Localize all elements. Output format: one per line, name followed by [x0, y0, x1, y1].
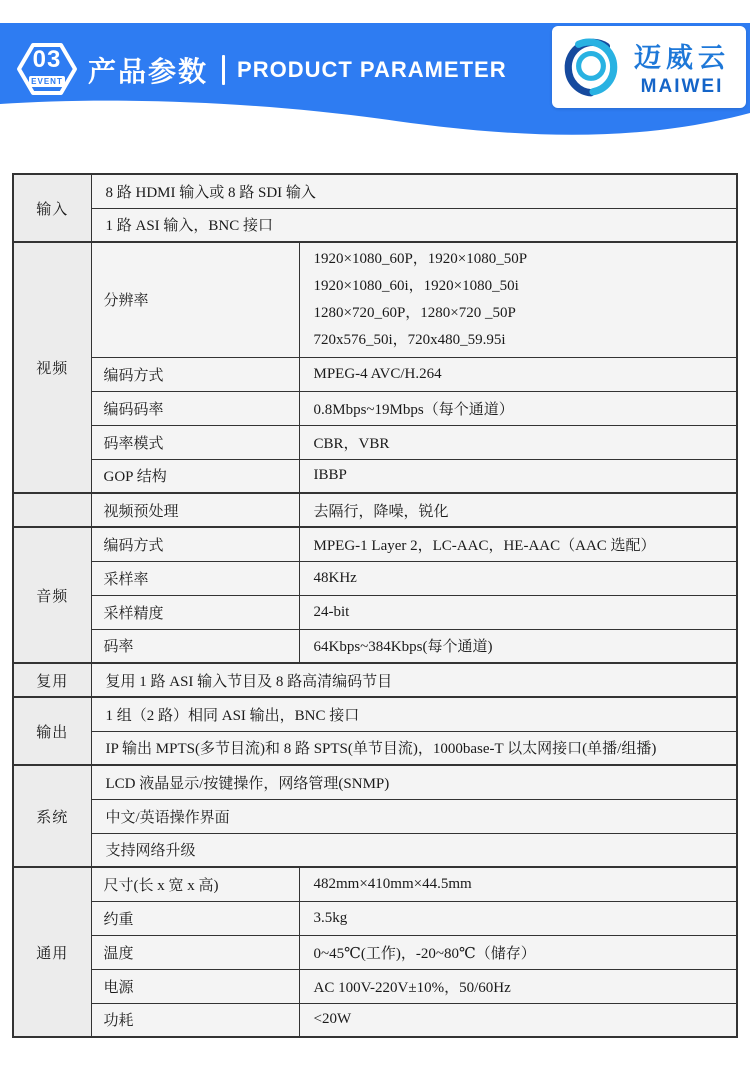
- spec-row: 支持网络升级: [13, 833, 737, 867]
- spec-group-cell: 通用: [13, 867, 91, 1037]
- spec-label-cell: 尺寸(长 x 宽 x 高): [91, 867, 299, 901]
- spec-row: 输出1 组（2 路）相同 ASI 输出，BNC 接口: [13, 697, 737, 731]
- spec-value-cell: IP 输出 MPTS(多节目流)和 8 路 SPTS(单节目流)，1000bas…: [91, 731, 737, 765]
- spec-row: 中文/英语操作界面: [13, 799, 737, 833]
- spec-value-cell: CBR，VBR: [299, 425, 737, 459]
- spec-label-cell: 电源: [91, 969, 299, 1003]
- badge-number: 03: [16, 46, 78, 74]
- spec-value-line: 1920×1080_60i，1920×1080_50i: [314, 273, 737, 300]
- spec-value-cell: 482mm×410mm×44.5mm: [299, 867, 737, 901]
- spec-row: 功耗<20W: [13, 1003, 737, 1037]
- page-header: 03 EVENT 产品参数 PRODUCT PARAMETER 迈威云 MAIW…: [0, 0, 750, 150]
- brand-name-cn: 迈威云: [634, 36, 730, 75]
- spec-label-cell: GOP 结构: [91, 459, 299, 493]
- spec-row: IP 输出 MPTS(多节目流)和 8 路 SPTS(单节目流)，1000bas…: [13, 731, 737, 765]
- section-number-badge: 03 EVENT: [16, 38, 78, 100]
- spec-label-cell: 功耗: [91, 1003, 299, 1037]
- spec-row: 码率64Kbps~384Kbps(每个通道): [13, 629, 737, 663]
- spec-group-cell: 音频: [13, 527, 91, 663]
- product-spec-table: 输入8 路 HDMI 输入或 8 路 SDI 输入1 路 ASI 输入，BNC …: [12, 173, 738, 1038]
- spec-row: 采样精度24-bit: [13, 595, 737, 629]
- spec-value-cell: 48KHz: [299, 561, 737, 595]
- spec-row: 视频预处理去隔行，降噪，锐化: [13, 493, 737, 527]
- spec-row: GOP 结构IBBP: [13, 459, 737, 493]
- spec-value-cell: 8 路 HDMI 输入或 8 路 SDI 输入: [91, 174, 737, 208]
- brand-logo-card: 迈威云 MAIWEI: [552, 26, 746, 108]
- spec-value-line: 1920×1080_60P，1920×1080_50P: [314, 246, 737, 273]
- brand-logo-text: 迈威云 MAIWEI: [624, 36, 740, 98]
- spec-group-cell: 输入: [13, 174, 91, 242]
- title-divider: [222, 55, 225, 85]
- spec-row: 编码码率0.8Mbps~19Mbps（每个通道）: [13, 391, 737, 425]
- spec-label-cell: 码率: [91, 629, 299, 663]
- spec-value-cell: 复用 1 路 ASI 输入节目及 8 路高清编码节目: [91, 663, 737, 697]
- spec-row: 复用复用 1 路 ASI 输入节目及 8 路高清编码节目: [13, 663, 737, 697]
- spec-group-cell: 系统: [13, 765, 91, 867]
- page-title: 产品参数 PRODUCT PARAMETER: [88, 50, 507, 90]
- spec-label-cell: 温度: [91, 935, 299, 969]
- spec-value-cell: 1 组（2 路）相同 ASI 输出，BNC 接口: [91, 697, 737, 731]
- spec-label-cell: 视频预处理: [91, 493, 299, 527]
- brand-logo-icon: [558, 34, 624, 100]
- spec-value-cell: LCD 液晶显示/按键操作，网络管理(SNMP): [91, 765, 737, 799]
- spec-label-cell: 采样率: [91, 561, 299, 595]
- spec-group-cell: [13, 493, 91, 527]
- spec-group-cell: 视频: [13, 242, 91, 493]
- spec-row: 温度0~45℃(工作)，-20~80℃（储存）: [13, 935, 737, 969]
- spec-value-line: 720x576_50i，720x480_59.95i: [314, 327, 737, 354]
- spec-label-cell: 编码方式: [91, 357, 299, 391]
- spec-value-cell: MPEG-1 Layer 2，LC-AAC，HE-AAC（AAC 选配）: [299, 527, 737, 561]
- spec-label-cell: 编码方式: [91, 527, 299, 561]
- spec-group-cell: 输出: [13, 697, 91, 765]
- spec-row: 输入8 路 HDMI 输入或 8 路 SDI 输入: [13, 174, 737, 208]
- spec-row: 视频分辨率1920×1080_60P，1920×1080_50P1920×108…: [13, 242, 737, 357]
- spec-row: 约重3.5kg: [13, 901, 737, 935]
- spec-row: 音频编码方式MPEG-1 Layer 2，LC-AAC，HE-AAC（AAC 选…: [13, 527, 737, 561]
- spec-value-cell: 64Kbps~384Kbps(每个通道): [299, 629, 737, 663]
- badge-caption: EVENT: [29, 76, 65, 87]
- spec-value-cell: 中文/英语操作界面: [91, 799, 737, 833]
- spec-value-line: 1280×720_60P，1280×720 _50P: [314, 300, 737, 327]
- spec-value-cell: 去隔行，降噪，锐化: [299, 493, 737, 527]
- spec-row: 系统LCD 液晶显示/按键操作，网络管理(SNMP): [13, 765, 737, 799]
- spec-label-cell: 码率模式: [91, 425, 299, 459]
- spec-value-cell: 24-bit: [299, 595, 737, 629]
- page-title-cn: 产品参数: [88, 50, 208, 90]
- brand-name-en: MAIWEI: [641, 76, 724, 98]
- spec-value-cell: 1920×1080_60P，1920×1080_50P1920×1080_60i…: [299, 242, 737, 357]
- spec-value-cell: 0~45℃(工作)，-20~80℃（储存）: [299, 935, 737, 969]
- spec-row: 通用尺寸(长 x 宽 x 高)482mm×410mm×44.5mm: [13, 867, 737, 901]
- spec-value-cell: IBBP: [299, 459, 737, 493]
- spec-row: 采样率48KHz: [13, 561, 737, 595]
- page-title-en: PRODUCT PARAMETER: [237, 57, 507, 83]
- spec-row: 编码方式MPEG-4 AVC/H.264: [13, 357, 737, 391]
- spec-row: 码率模式CBR，VBR: [13, 425, 737, 459]
- spec-label-cell: 采样精度: [91, 595, 299, 629]
- spec-value-cell: MPEG-4 AVC/H.264: [299, 357, 737, 391]
- spec-value-cell: <20W: [299, 1003, 737, 1037]
- spec-value-cell: 0.8Mbps~19Mbps（每个通道）: [299, 391, 737, 425]
- spec-group-cell: 复用: [13, 663, 91, 697]
- spec-label-cell: 编码码率: [91, 391, 299, 425]
- spec-value-cell: 1 路 ASI 输入，BNC 接口: [91, 208, 737, 242]
- spec-row: 电源AC 100V-220V±10%，50/60Hz: [13, 969, 737, 1003]
- spec-row: 1 路 ASI 输入，BNC 接口: [13, 208, 737, 242]
- spec-label-cell: 约重: [91, 901, 299, 935]
- spec-value-cell: 支持网络升级: [91, 833, 737, 867]
- spec-label-cell: 分辨率: [91, 242, 299, 357]
- spec-value-cell: 3.5kg: [299, 901, 737, 935]
- spec-value-cell: AC 100V-220V±10%，50/60Hz: [299, 969, 737, 1003]
